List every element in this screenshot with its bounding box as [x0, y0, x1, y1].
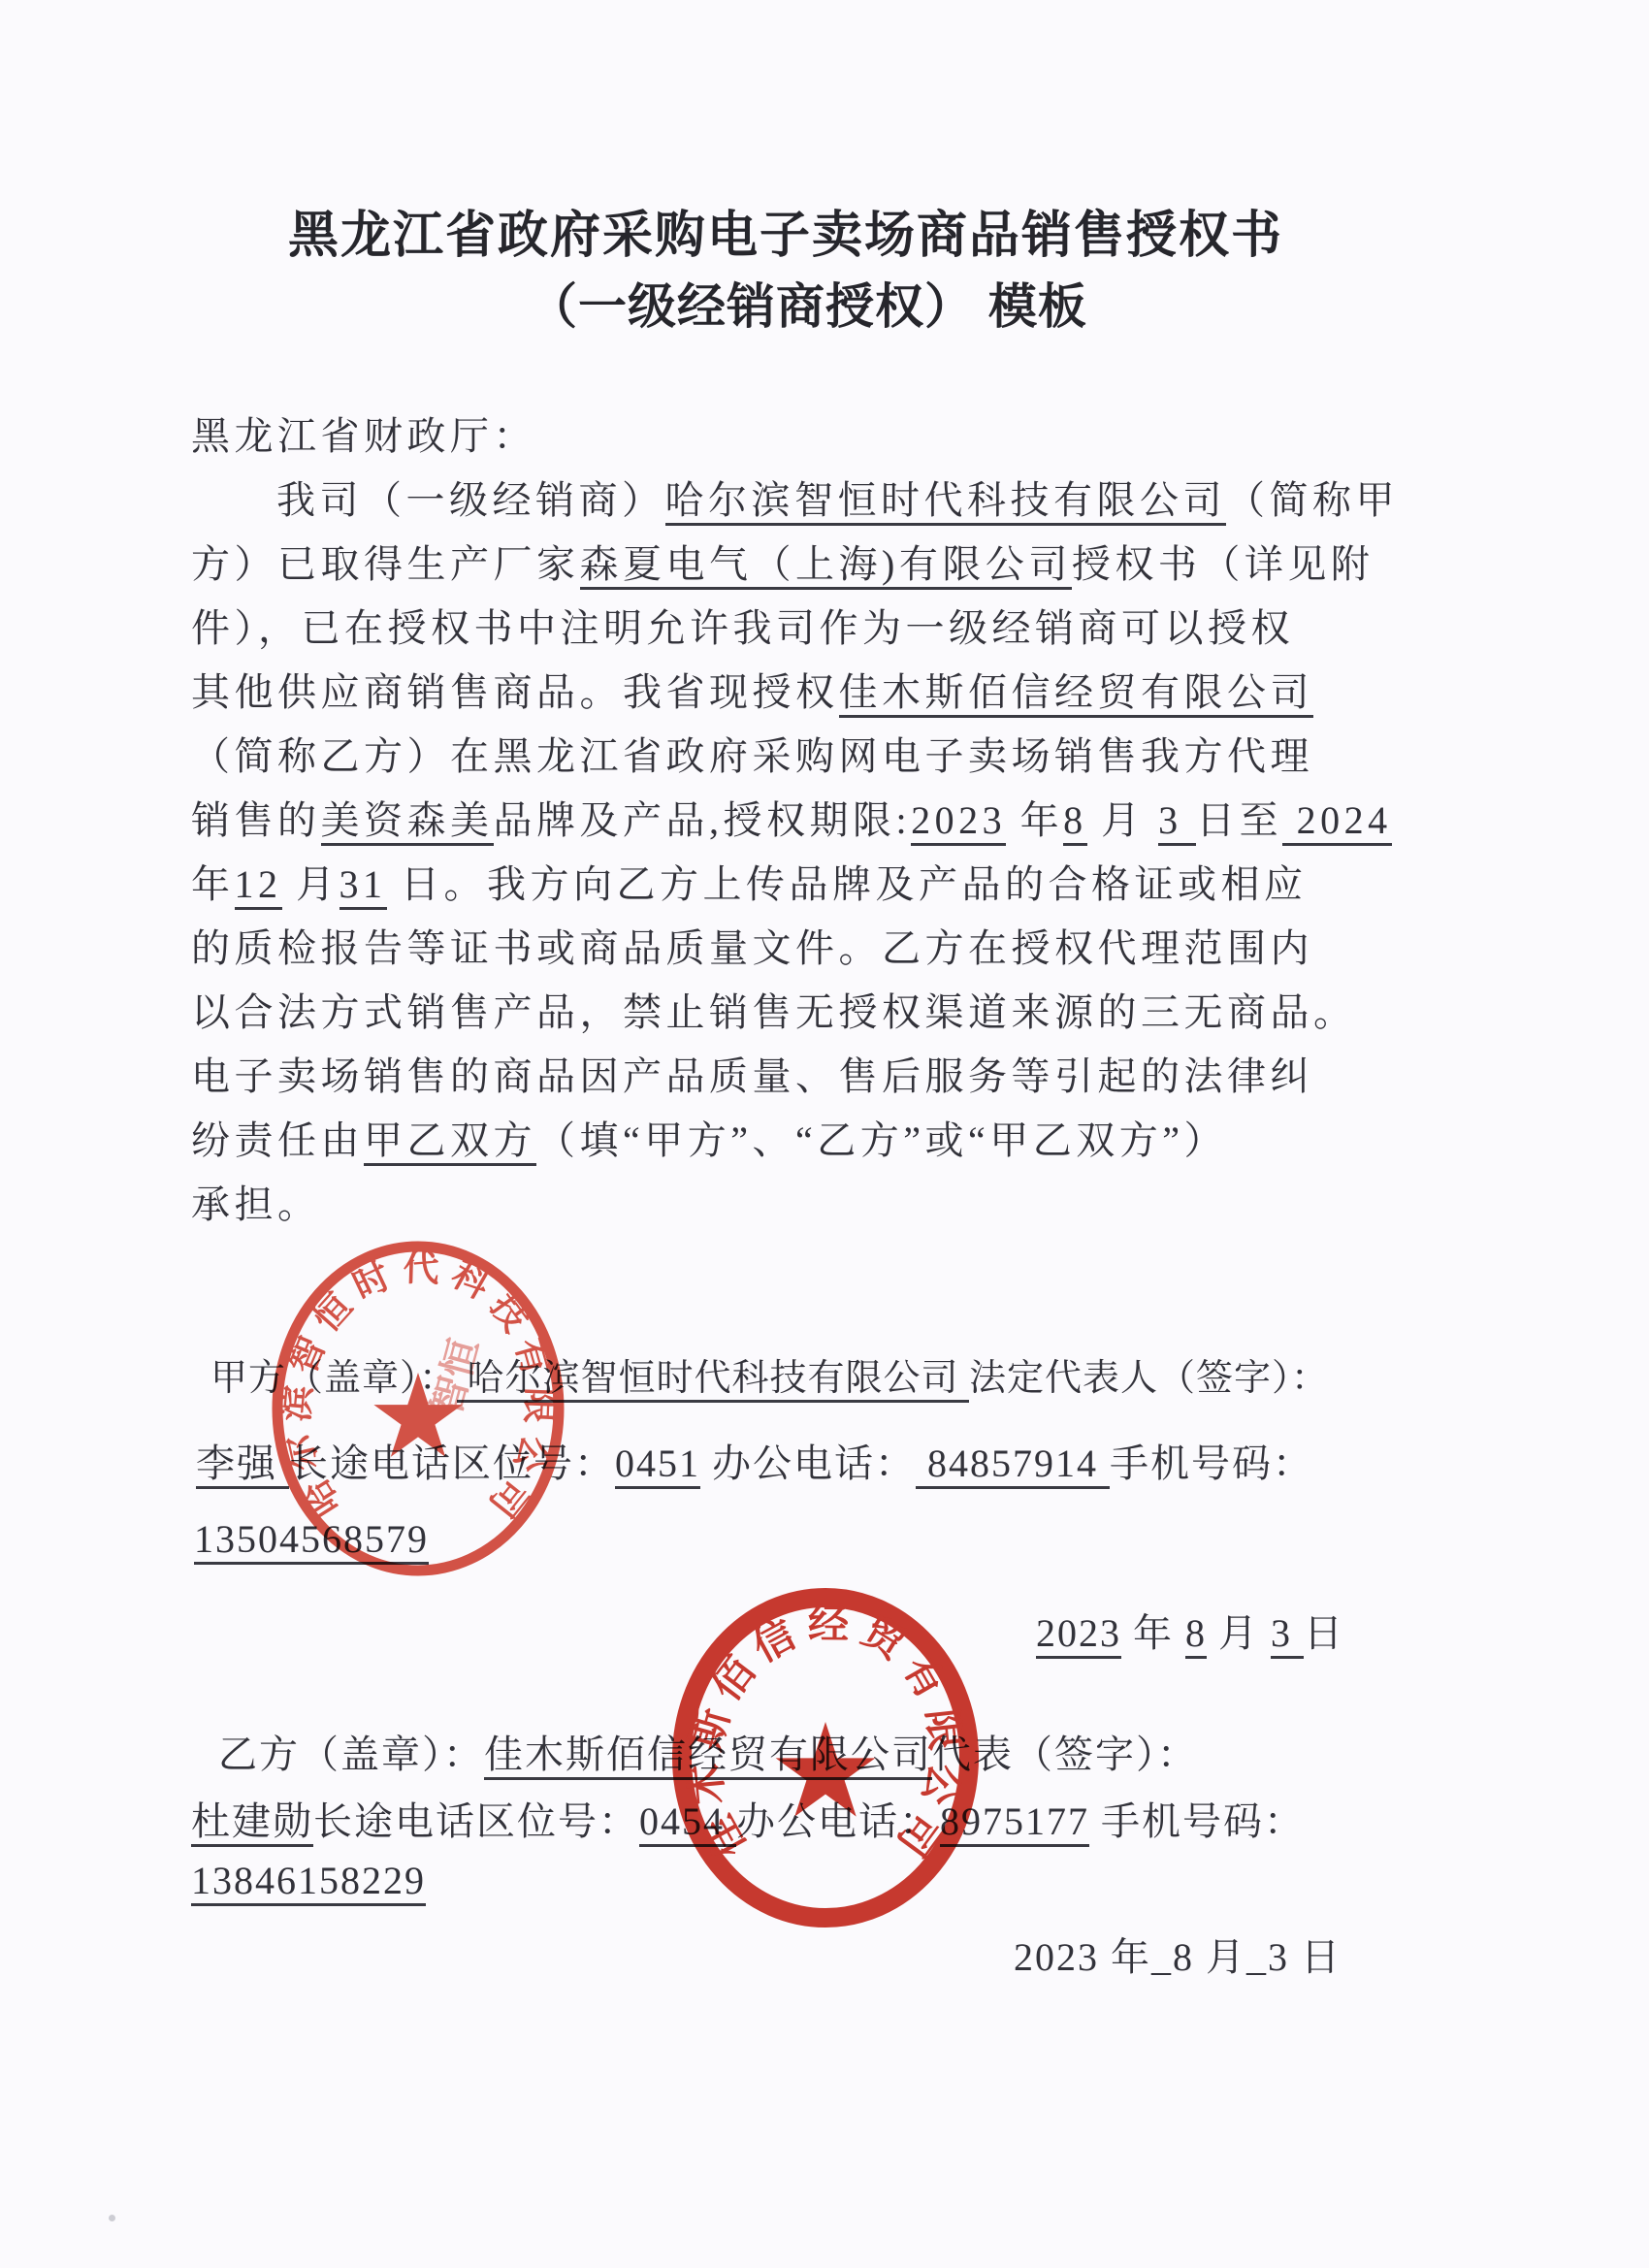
text-segment: 其他供应商销售商品。我省现授权 [191, 670, 839, 714]
underlined-text: 李强 [196, 1442, 289, 1489]
underlined-text: 13504568579 [194, 1517, 429, 1565]
text-segment: 手机号码： [1089, 1799, 1305, 1843]
text-segment: 授权书（详见附 [1072, 542, 1374, 586]
body-text-line: 我司（一级经销商）哈尔滨智恒时代科技有限公司（简称甲 [191, 469, 1394, 533]
document-body: 黑龙江省财政厅：我司（一级经销商）哈尔滨智恒时代科技有限公司（简称甲方）已取得生… [191, 405, 1394, 1237]
underlined-text: 佳木斯佰信经贸有限公司 [484, 1733, 932, 1780]
body-text-line: （简称乙方）在黑龙江省政府采购网电子卖场销售我方代理 [191, 725, 1394, 789]
document-title: 黑龙江省政府采购电子卖场商品销售授权书 [288, 194, 1283, 267]
text-segment: （简称乙方）在黑龙江省政府采购网电子卖场销售我方代理 [191, 734, 1313, 778]
body-text-line: 电子卖场销售的商品因产品质量、售后服务等引起的法律纠 [191, 1045, 1394, 1109]
text-segment: 的质检报告等证书或商品质量文件。乙方在授权代理范围内 [191, 926, 1313, 970]
text-segment: 办公电话： [736, 1799, 940, 1843]
underlined-text: 0454 [639, 1799, 736, 1847]
text-segment: 长途电话区位号： [313, 1799, 639, 1843]
underlined-text: 8 [1185, 1611, 1207, 1659]
text-segment: 乙方（盖章）： [218, 1733, 484, 1776]
text-segment: 年 [1121, 1611, 1185, 1655]
body-text-line: 承担。 [191, 1173, 1394, 1237]
body-text-line: 黑龙江省财政厅： [191, 405, 1394, 469]
text-segment: 日 [1304, 1611, 1344, 1655]
party-a-seal-line: 甲方（盖章）： 哈尔滨智恒时代科技有限公司 法定代表人（签字）： [210, 1347, 1329, 1401]
underlined-text: 13846158229 [191, 1859, 426, 1906]
underlined-text: 哈尔滨智恒时代科技有限公司 [457, 1358, 969, 1403]
underlined-text: 3 [1158, 798, 1196, 846]
text-segment: 代表（签字）： [932, 1733, 1198, 1776]
document-subtitle: （一级经销商授权） 模板 [529, 268, 1087, 338]
underlined-text: 美资森美 [321, 798, 494, 846]
underlined-text: 佳木斯佰信经贸有限公司 [839, 670, 1314, 718]
underlined-text: 0451 [615, 1442, 700, 1489]
text-segment: 手机号码： [1110, 1442, 1313, 1485]
text-segment: 我司（一级经销商） [276, 478, 665, 522]
text-segment: 2023 年_8 月_3 日 [1014, 1935, 1342, 1979]
underlined-text: 2024 [1282, 798, 1392, 846]
party-b-mobile-line: 13846158229 [191, 1858, 426, 1903]
body-text-line: 以合法方式销售产品，禁止销售无授权渠道来源的三无商品。 [191, 981, 1394, 1045]
party-a-date: 2023 年 8 月 3 日 [1036, 1603, 1344, 1658]
text-segment: 销售的 [191, 798, 321, 842]
body-text-line: 方）已取得生产厂家森夏电气（上海)有限公司授权书（详见附 [191, 533, 1394, 597]
body-text-line: 年12 月31 日。我方向乙方上传品牌及产品的合格证或相应 [191, 853, 1394, 917]
text-segment: 黑龙江省财政厅： [191, 414, 536, 458]
party-a-contact-line: 李强 长途电话区位号：0451 办公电话： 84857914 手机号码： [196, 1433, 1313, 1488]
underlined-text: 12 [235, 862, 282, 910]
text-segment: 法定代表人（签字）： [969, 1358, 1329, 1399]
text-segment: （简称甲 [1226, 478, 1399, 522]
body-text-line: 件），已在授权书中注明允许我司作为一级经销商可以授权 [191, 597, 1394, 661]
underlined-text: 3 [1271, 1611, 1304, 1659]
text-segment: 件），已在授权书中注明允许我司作为一级经销商可以授权 [191, 606, 1294, 650]
underlined-text: 2023 [911, 798, 1006, 846]
body-text-line: 销售的美资森美品牌及产品,授权期限:2023 年8 月 3 日至 2024 [191, 789, 1394, 853]
text-segment: 年 [1006, 798, 1063, 842]
text-segment: 长途电话区位号： [289, 1442, 615, 1485]
text-segment: 日。我方向乙方上传品牌及产品的合格证或相应 [387, 862, 1308, 906]
text-segment: 日至 [1196, 798, 1282, 842]
text-segment: 月 [1087, 798, 1159, 842]
text-segment: 纷责任由 [191, 1118, 364, 1162]
underlined-text: 2023 [1036, 1611, 1121, 1659]
text-segment: 办公电话： [700, 1442, 916, 1485]
text-segment: 承担。 [191, 1183, 321, 1226]
underlined-text: 31 [339, 862, 387, 910]
text-segment: 月 [282, 862, 339, 906]
text-segment: 以合法方式销售产品，禁止销售无授权渠道来源的三无商品。 [191, 990, 1357, 1034]
underlined-text: 8975177 [940, 1799, 1089, 1847]
text-segment: 电子卖场销售的商品因产品质量、售后服务等引起的法律纠 [191, 1054, 1313, 1098]
body-text-line: 其他供应商销售商品。我省现授权佳木斯佰信经贸有限公司 [191, 661, 1394, 725]
underlined-text: 甲乙双方 [364, 1118, 536, 1166]
text-segment: 甲方（盖章）： [210, 1358, 457, 1399]
text-segment: 年 [191, 862, 235, 906]
party-a-mobile-line: 13504568579 [194, 1516, 429, 1562]
party-b-seal-line: 乙方（盖章）：佳木斯佰信经贸有限公司代表（签字）： [218, 1724, 1198, 1779]
party-b-contact-line: 杜建勋长途电话区位号：0454 办公电话：8975177 手机号码： [191, 1791, 1305, 1846]
underlined-text: 84857914 [916, 1442, 1110, 1489]
text-segment: （填“甲方”、“乙方”或“甲乙双方”） [536, 1118, 1227, 1162]
body-text-line: 纷责任由甲乙双方（填“甲方”、“乙方”或“甲乙双方”） [191, 1109, 1394, 1173]
underlined-text: 杜建勋 [191, 1799, 313, 1847]
scan-speck [109, 2215, 115, 2221]
scanned-authorization-document: 黑龙江省政府采购电子卖场商品销售授权书 （一级经销商授权） 模板 黑龙江省财政厅… [0, 0, 1649, 2268]
underlined-text: 哈尔滨智恒时代科技有限公司 [665, 478, 1227, 526]
body-text-line: 的质检报告等证书或商品质量文件。乙方在授权代理范围内 [191, 917, 1394, 981]
party-b-date: 2023 年_8 月_3 日 [1014, 1927, 1342, 1982]
text-segment: 方）已取得生产厂家 [191, 542, 580, 586]
text-segment: 品牌及产品,授权期限: [494, 798, 912, 842]
text-segment: 月 [1207, 1611, 1271, 1655]
underlined-text: 8 [1063, 798, 1087, 846]
underlined-text: 森夏电气（上海)有限公司 [580, 542, 1072, 590]
